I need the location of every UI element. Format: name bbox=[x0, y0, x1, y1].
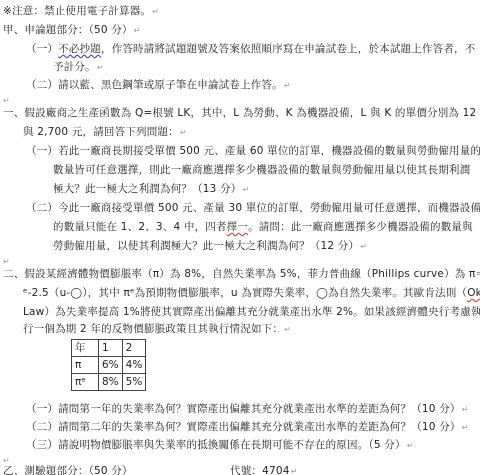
question-2-sub-2: （二）請問第二年的失業率為何？實際產出偏離其充分就業產出水準的差距為何？（10 … bbox=[26, 418, 469, 437]
question-text: 假設廠商之生產函數為 Q=根號 LK，其中，L 為勞動、K 為機器設備，L 與 … bbox=[24, 107, 480, 119]
question-number: 二、 bbox=[3, 268, 24, 280]
table-header-cell: 年 bbox=[72, 340, 99, 357]
question-1-sub-1-line-3: 極大？此一極大之利潤為何？（13 分）↵ bbox=[53, 180, 249, 199]
question-1-line-1: 一、假設廠商之生產函數為 Q=根號 LK，其中，L 為勞動、K 為機器設備，L … bbox=[3, 104, 480, 122]
sub-question-text: 今此一廠商接受單價 500 元、產量 30 單位的訂單，勞動僱用量可任意選擇，而… bbox=[58, 202, 480, 214]
notice-text: ※注意：禁止使用電子計算器。 bbox=[3, 5, 151, 17]
table-cell: π bbox=[72, 357, 99, 374]
question-text: 行一個為期 2 年的反物價膨脹政策且其執行情況如下： bbox=[23, 323, 283, 335]
paragraph-mark: ↵ bbox=[291, 467, 298, 475]
instruction-text: ，作答時請將試題題號及答案依照順序寫在申論試卷上，於本試題上作答者，不 bbox=[101, 43, 476, 55]
inflation-data-table: 年 1 2 π 6% 4% πᵉ 8% 5% bbox=[71, 339, 146, 391]
question-1-sub-2-line-3: 勞動僱用量，以使其利潤極大？此一極大之利潤為何？（12 分）↵ bbox=[53, 237, 367, 256]
sub-question-text: 請說明物價膨脹率與失業率的抵換關係在長期可能不存在的原因。（5 分） bbox=[58, 439, 406, 451]
paragraph-mark: ↵ bbox=[407, 441, 414, 450]
no-copy-question-emphasis: 不必抄題 bbox=[58, 43, 101, 55]
question-1-sub-2-line-2: 的數量只能在 1、2、3、4 中，四者擇一。請問：此一廠商應選擇多少機器設備的數… bbox=[53, 218, 473, 236]
instruction-text: 請以藍、黑色鋼筆或原子筆在申論試卷上作答。 bbox=[58, 79, 283, 91]
part-b-title: 乙、測驗題部分：（50 分） bbox=[3, 465, 133, 475]
paragraph-mark: ↵ bbox=[360, 242, 367, 251]
sub-question-number: （二） bbox=[26, 421, 58, 433]
question-text: ᵉ為預期物價膨脹率，u 為實際失業率，◯為自然失業率。其歐肯法則（ bbox=[130, 287, 467, 299]
notice-line: ※注意：禁止使用電子計算器。↵ bbox=[3, 2, 159, 21]
part-a-instruction-1-line-2: 予計分。↵ bbox=[53, 58, 104, 77]
sub-question-number: （三） bbox=[26, 439, 58, 451]
sub-question-text: 若此一廠商長期接受單價 500 元、產量 60 單位的訂單，機器設備的數量與勞動… bbox=[58, 145, 480, 157]
question-2-line-4: 行一個為期 2 年的反物價膨脹政策且其執行情況如下：↵ bbox=[23, 320, 291, 339]
paragraph-mark: ↵ bbox=[462, 405, 469, 414]
question-text: 與 2,700 元，請回答下列問題： bbox=[23, 126, 179, 138]
table-header-cell: 1 bbox=[99, 340, 123, 357]
question-text: Law）為失業率提高 1%將使其實際產出偏離其充分就業產出水準 2%。如果該經濟… bbox=[23, 306, 480, 318]
question-1-sub-1-line-1: （一）若此一廠商長期接受單價 500 元、產量 60 單位的訂單，機器設備的數量… bbox=[26, 142, 480, 160]
exam-code-label: 代號：4704 bbox=[230, 465, 290, 475]
table-cell: πᵉ bbox=[72, 374, 99, 391]
sub-question-text: 請問第二年的失業率為何？實際產出偏離其充分就業產出水準的差距為何？（10 分） bbox=[58, 421, 461, 433]
table-cell: 4% bbox=[122, 357, 146, 374]
table-header-row: 年 1 2 bbox=[72, 340, 146, 357]
sub-question-text: 勞動僱用量，以使其利潤極大？此一極大之利潤為何？（12 分） bbox=[53, 240, 359, 252]
part-a-instruction-1-line-1: （一）不必抄題，作答時請將試題題號及答案依照順序寫在申論試卷上，於本試題上作答者… bbox=[26, 40, 475, 58]
table-row: πᵉ 8% 5% bbox=[72, 374, 146, 391]
question-2-line-1: 二、假設某經濟體物價膨脹率（π）為 8%，自然失業率為 5%，菲力普曲線（Phi… bbox=[3, 265, 480, 283]
paragraph-mark: ↵ bbox=[180, 128, 187, 137]
question-1-sub-1-line-2: 數量皆可任意選擇，則此一廠商應選擇多少機器設備的數量與勞動僱用量以使其長期利潤 bbox=[53, 161, 470, 179]
question-text: ᵉ-2.5（u-◯），其中 π bbox=[23, 287, 130, 299]
sub-question-number: （一） bbox=[26, 145, 58, 157]
sub-question-text: 極大？此一極大之利潤為何？（13 分） bbox=[53, 183, 242, 195]
instruction-number: （二） bbox=[26, 79, 58, 91]
paragraph-mark: ↵ bbox=[97, 63, 104, 72]
sub-question-number: （二） bbox=[26, 202, 58, 214]
question-number: 一、 bbox=[3, 107, 24, 119]
paragraph-mark: ↵ bbox=[243, 185, 250, 194]
paragraph-mark: ↵ bbox=[152, 7, 159, 16]
exam-code-line: 代號：4704↵ bbox=[230, 462, 298, 475]
spellcheck-flagged-text: 擇一 bbox=[227, 221, 248, 233]
part-a-title: 甲、申論題部分：（50 分） bbox=[3, 24, 133, 36]
question-2-line-2: ᵉ-2.5（u-◯），其中 πᵉ為預期物價膨脹率，u 為實際失業率，◯為自然失業… bbox=[23, 284, 480, 302]
part-a-instruction-2: （二）請以藍、黑色鋼筆或原子筆在申論試卷上作答。↵ bbox=[26, 76, 291, 95]
part-b-title-line: 乙、測驗題部分：（50 分） bbox=[3, 462, 133, 475]
paragraph-mark: ↵ bbox=[462, 423, 469, 432]
instruction-number: （一） bbox=[26, 43, 58, 55]
sub-question-text: 的數量只能在 1、2、3、4 中，四者 bbox=[53, 221, 227, 233]
sub-question-number: （一） bbox=[26, 403, 58, 415]
table-cell: 8% bbox=[99, 374, 123, 391]
table-cell: 6% bbox=[99, 357, 123, 374]
spellcheck-flagged-text: Okun's bbox=[467, 287, 480, 299]
question-2-sub-3: （三）請說明物價膨脹率與失業率的抵換關係在長期可能不存在的原因。（5 分）↵ bbox=[26, 436, 414, 455]
exam-document-page: ※注意：禁止使用電子計算器。↵ 甲、申論題部分：（50 分）↵ （一）不必抄題，… bbox=[0, 0, 480, 475]
sub-question-text: 請問第一年的失業率為何？實際產出偏離其充分就業產出水準的差距為何？（10 分） bbox=[58, 403, 461, 415]
question-1-line-2: 與 2,700 元，請回答下列問題：↵ bbox=[23, 123, 187, 142]
question-2-line-3: Law）為失業率提高 1%將使其實際產出偏離其充分就業產出水準 2%。如果該經濟… bbox=[23, 303, 480, 321]
question-1-sub-2-line-1: （二）今此一廠商接受單價 500 元、產量 30 單位的訂單，勞動僱用量可任意選… bbox=[26, 199, 480, 217]
table-cell: 5% bbox=[122, 374, 146, 391]
question-2-sub-1: （一）請問第一年的失業率為何？實際產出偏離其充分就業產出水準的差距為何？（10 … bbox=[26, 400, 469, 419]
paragraph-mark: ↵ bbox=[284, 81, 291, 90]
part-a-title-line: 甲、申論題部分：（50 分）↵ bbox=[3, 21, 141, 40]
sub-question-text: 數量皆可任意選擇，則此一廠商應選擇多少機器設備的數量與勞動僱用量以使其長期利潤 bbox=[53, 164, 470, 176]
sub-question-text: 。請問：此一廠商應選擇多少機器設備的數量與 bbox=[248, 221, 473, 233]
paragraph-mark: ↵ bbox=[134, 26, 141, 35]
table-header-cell: 2 bbox=[122, 340, 146, 357]
question-text: 假設某經濟體物價膨脹率（π）為 8%，自然失業率為 5%，菲力普曲線（Phill… bbox=[24, 268, 480, 280]
table-row: π 6% 4% bbox=[72, 357, 146, 374]
paragraph-mark: ↵ bbox=[284, 325, 291, 334]
instruction-text: 予計分。 bbox=[53, 61, 96, 73]
